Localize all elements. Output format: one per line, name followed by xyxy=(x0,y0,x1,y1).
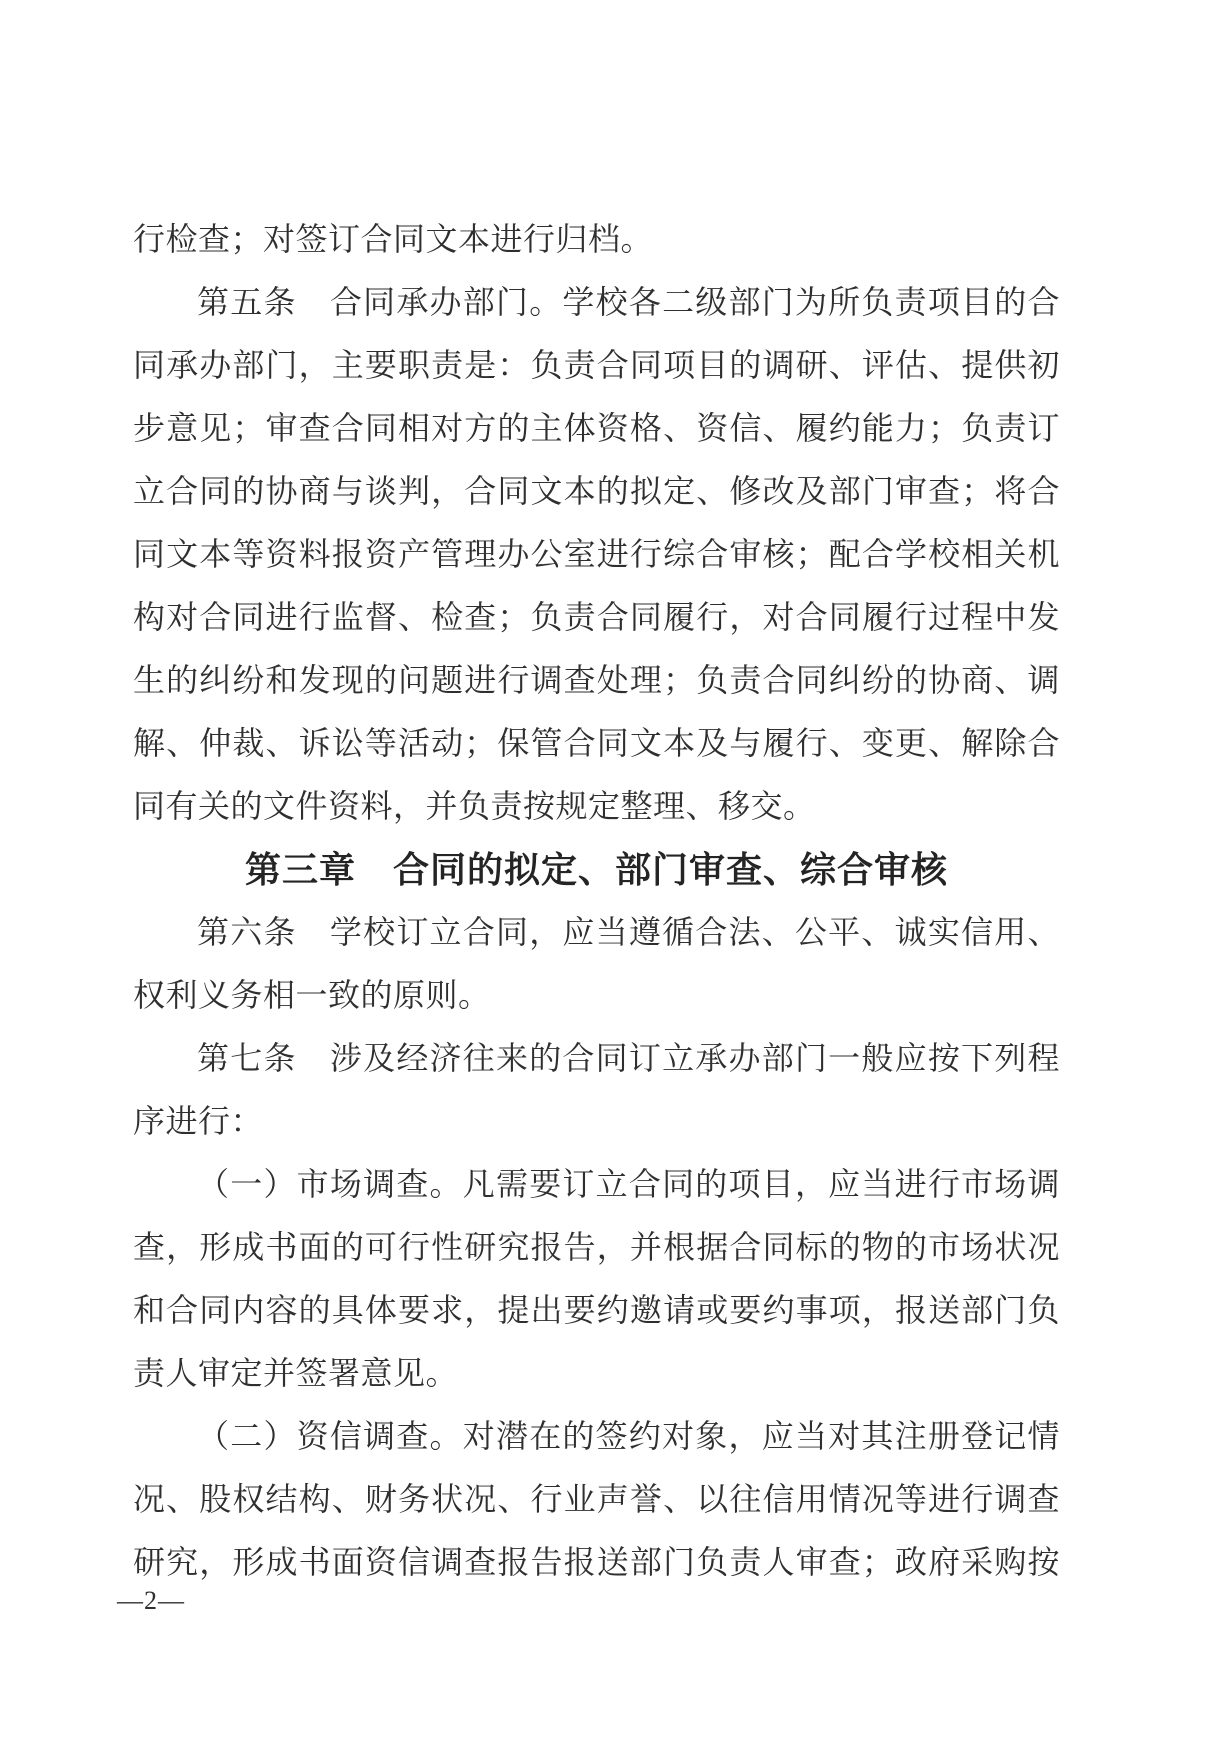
text-line: 和合同内容的具体要求，提出要约邀请或要约事项，报送部门负 xyxy=(133,1279,1060,1342)
text-line: 查，形成书面的可行性研究报告，并根据合同标的物的市场状况 xyxy=(133,1216,1060,1279)
text-line: 序进行： xyxy=(133,1090,1060,1153)
page-number: —2— xyxy=(117,1582,185,1620)
text-line: 责人审定并签署意见。 xyxy=(133,1342,1060,1405)
text-line: 权利义务相一致的原则。 xyxy=(133,964,1060,1027)
text-line-article-6: 第六条 学校订立合同，应当遵循合法、公平、诚实信用、 xyxy=(133,901,1060,964)
text-line-item-2: （二）资信调查。对潜在的签约对象，应当对其注册登记情 xyxy=(133,1405,1060,1468)
text-line: 同有关的文件资料，并负责按规定整理、移交。 xyxy=(133,775,1060,838)
text-line: 构对合同进行监督、检查；负责合同履行，对合同履行过程中发 xyxy=(133,586,1060,649)
text-line: 况、股权结构、财务状况、行业声誉、以往信用情况等进行调查 xyxy=(133,1468,1060,1531)
text-line: 研究，形成书面资信调查报告报送部门负责人审查；政府采购按 xyxy=(133,1531,1060,1594)
text-line-item-1: （一）市场调查。凡需要订立合同的项目，应当进行市场调 xyxy=(133,1153,1060,1216)
text-line: 行检查；对签订合同文本进行归档。 xyxy=(133,208,1060,271)
text-line: 立合同的协商与谈判，合同文本的拟定、修改及部门审查；将合 xyxy=(133,460,1060,523)
text-line-article-7: 第七条 涉及经济往来的合同订立承办部门一般应按下列程 xyxy=(133,1027,1060,1090)
text-line: 同承办部门，主要职责是：负责合同项目的调研、评估、提供初 xyxy=(133,334,1060,397)
text-line: 同文本等资料报资产管理办公室进行综合审核；配合学校相关机 xyxy=(133,523,1060,586)
text-line: 步意见；审查合同相对方的主体资格、资信、履约能力；负责订 xyxy=(133,397,1060,460)
text-line: 解、仲裁、诉讼等活动；保管合同文本及与履行、变更、解除合 xyxy=(133,712,1060,775)
document-body: 行检查；对签订合同文本进行归档。 第五条 合同承办部门。学校各二级部门为所负责项… xyxy=(133,208,1060,1594)
chapter-heading: 第三章 合同的拟定、部门审查、综合审核 xyxy=(133,838,1060,901)
text-line: 生的纠纷和发现的问题进行调查处理；负责合同纠纷的协商、调 xyxy=(133,649,1060,712)
text-line-article-5: 第五条 合同承办部门。学校各二级部门为所负责项目的合 xyxy=(133,271,1060,334)
document-page: 行检查；对签订合同文本进行归档。 第五条 合同承办部门。学校各二级部门为所负责项… xyxy=(0,0,1221,1739)
